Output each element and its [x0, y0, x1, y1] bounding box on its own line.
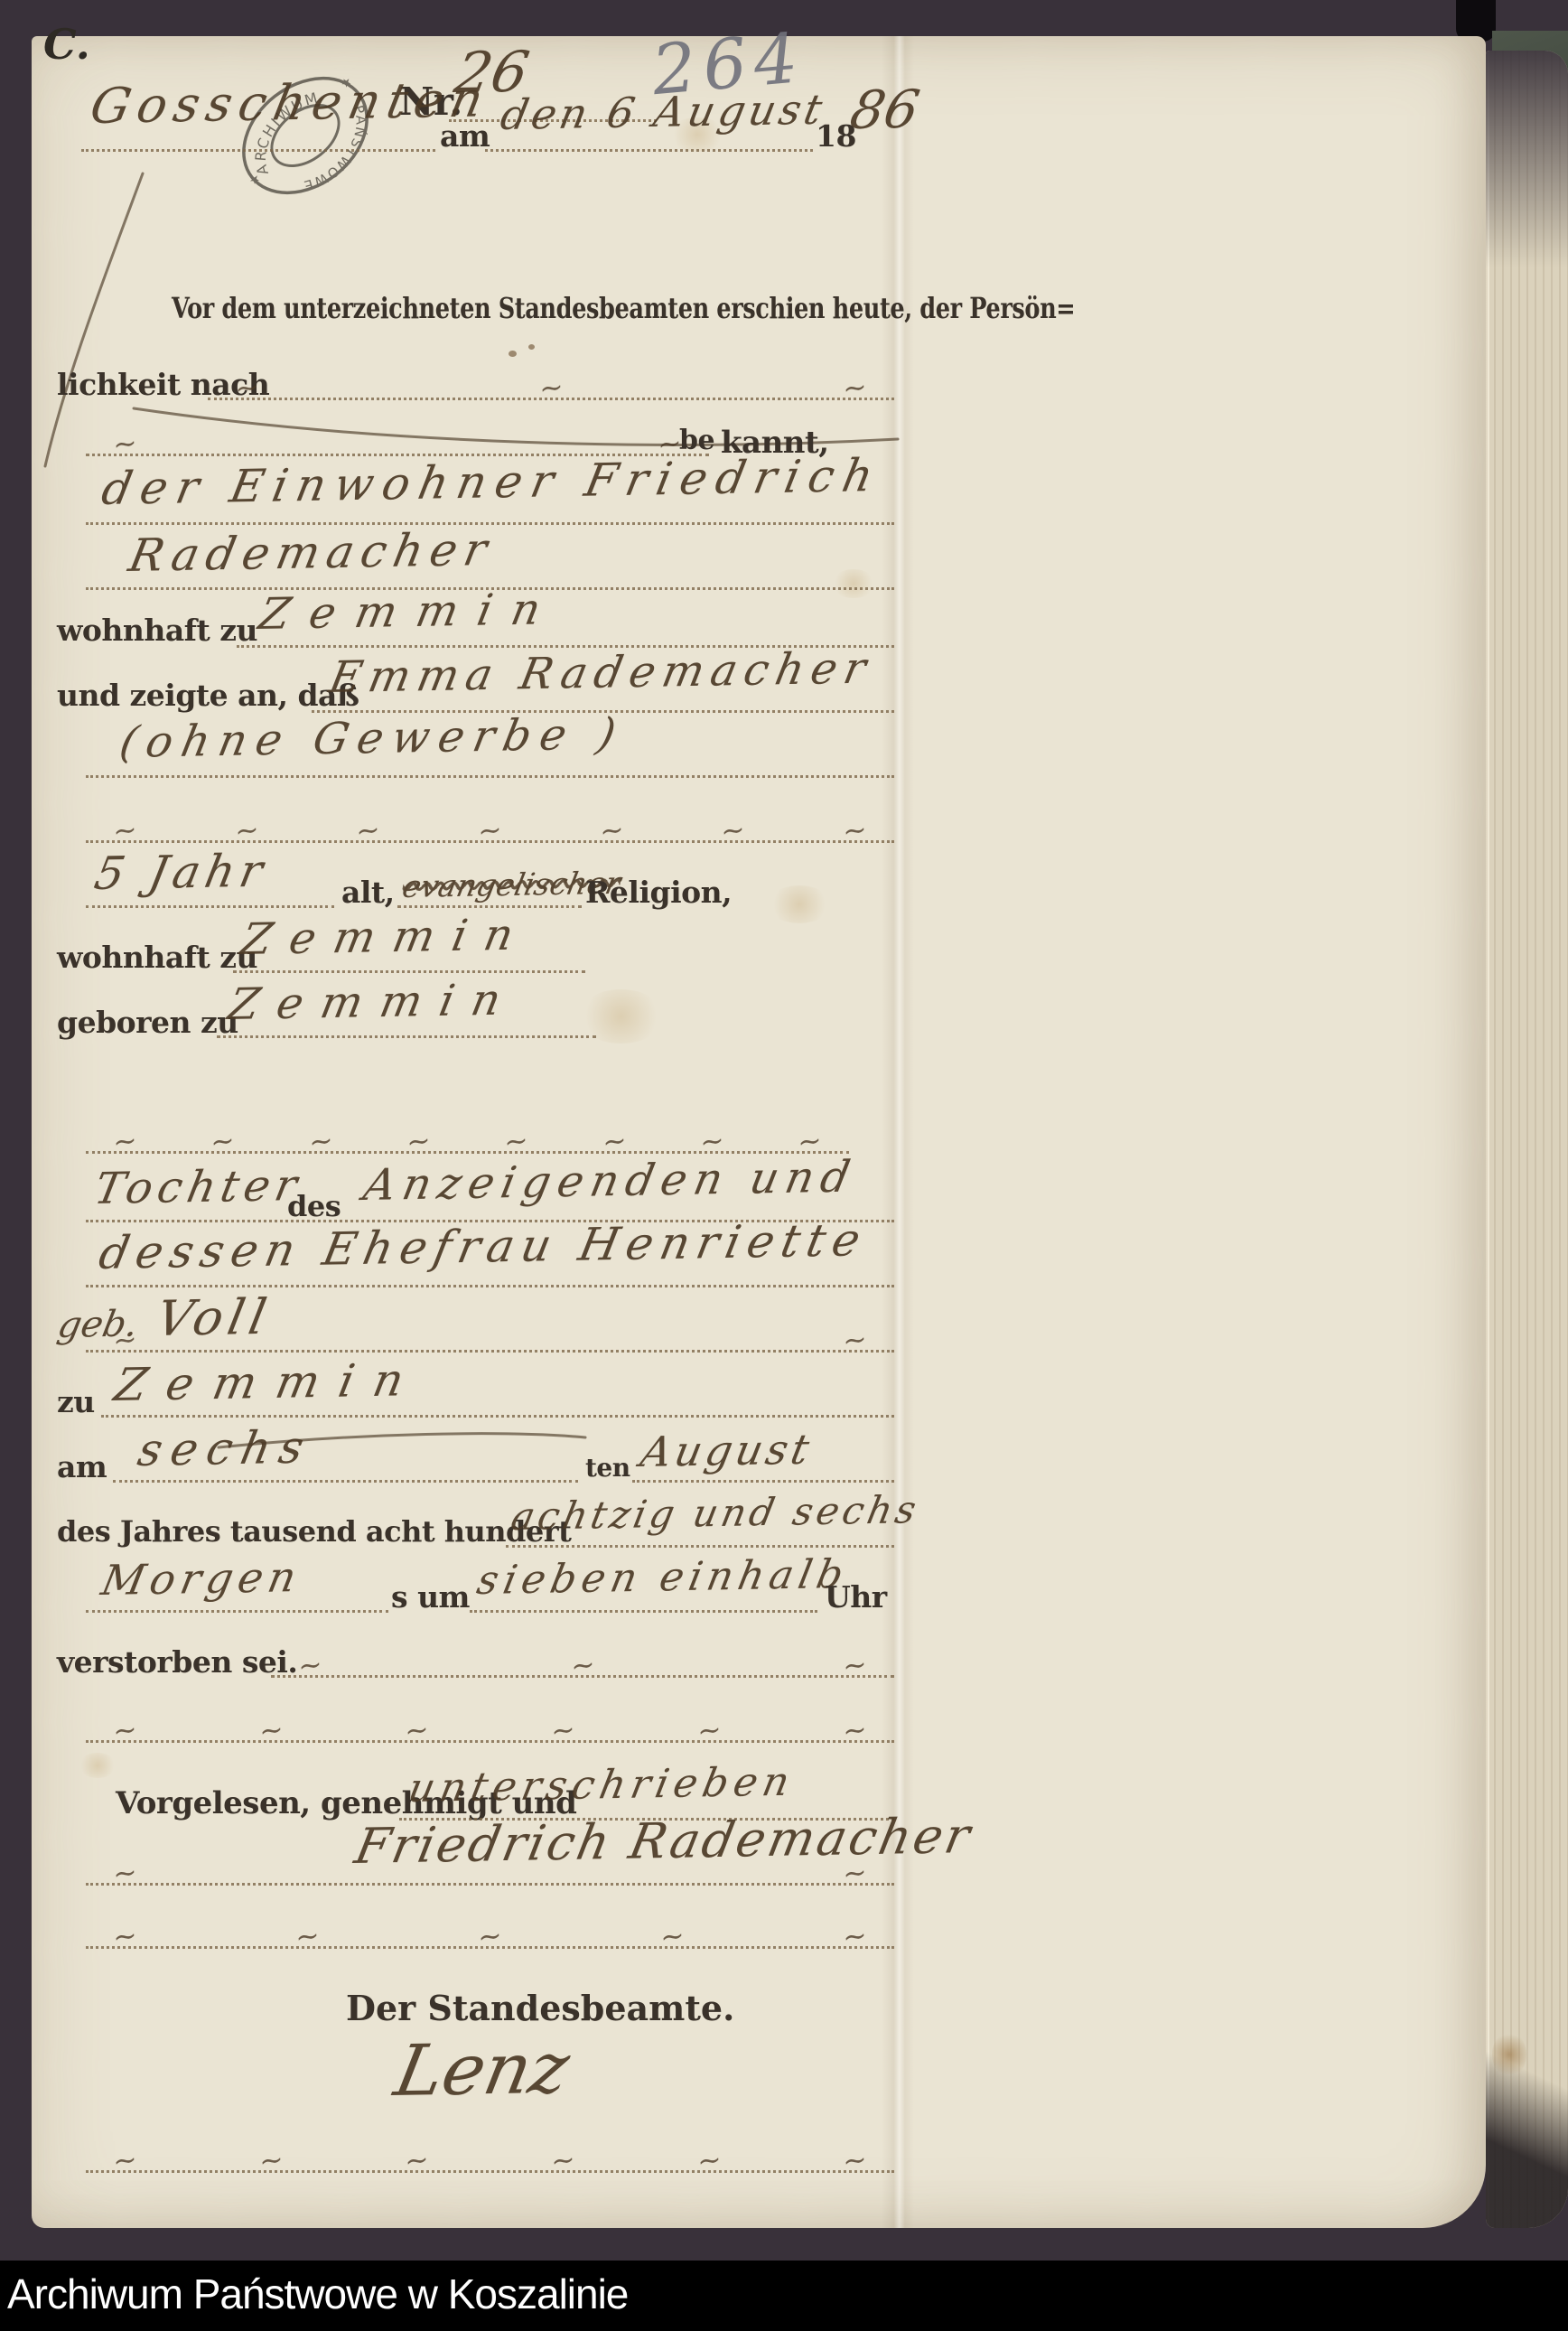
- paper-stain: [78, 1753, 117, 1778]
- rule: [86, 773, 894, 778]
- rule-blank: ~~~~~: [86, 1944, 894, 1949]
- rule-blank: ~~~~~~: [86, 2168, 894, 2173]
- ink-spot: [528, 344, 535, 350]
- rule: [86, 903, 334, 908]
- pen-tick-mark: ~: [571, 1663, 595, 1668]
- entry-residence1: Zemmin: [255, 584, 565, 640]
- death-place-label: zu: [57, 1384, 95, 1419]
- pen-tick-mark: ~: [798, 1139, 822, 1144]
- rule: [217, 1034, 596, 1038]
- rule-signature: ~~: [86, 1881, 894, 1886]
- pen-tick-mark: ~: [602, 1139, 627, 1144]
- archive-caption-bar: Archiwum Państwowe w Koszalinie: [0, 2261, 1568, 2331]
- pen-tick-mark: ~: [504, 1139, 528, 1144]
- religion-label: Religion,: [585, 875, 732, 910]
- ten-label: ten: [585, 1453, 630, 1483]
- entry-relation-pre: Tochter: [90, 1160, 306, 1214]
- rule: [81, 147, 435, 152]
- pen-tick-mark: ~: [259, 1728, 284, 1733]
- entry-relation-post: Anzeigenden und: [359, 1152, 861, 1211]
- alt-label: alt,: [341, 875, 395, 910]
- pen-tick-mark: ~: [298, 1663, 322, 1668]
- rule: [101, 1413, 894, 1418]
- pen-tick-mark: ~: [113, 828, 137, 833]
- edge-stain: [1492, 2031, 1526, 2078]
- pen-tick-mark: ~: [405, 2158, 429, 2163]
- entry-geb: geb.: [54, 1303, 142, 1346]
- paper-stain: [768, 885, 831, 923]
- pen-tick-mark: ~: [696, 2158, 721, 2163]
- pen-tick-mark: ~: [843, 1338, 867, 1343]
- register-page: [32, 36, 1486, 2228]
- registrar-label: Der Standesbeamte.: [346, 1988, 734, 2028]
- entry-closing: unterschrieben: [405, 1759, 798, 1811]
- pen-tick-mark: ~: [658, 442, 682, 446]
- rule: [506, 1543, 894, 1548]
- pen-tick-mark: ~: [113, 1871, 137, 1876]
- pen-tick-mark: ~: [356, 828, 380, 833]
- scanned-register-photo: ARCHIWUM PAŃSTWOWE ★ ★ C. 264 Nr. 26 Gos…: [0, 0, 1568, 2331]
- rule: ~~: [86, 1348, 894, 1353]
- entry-date: den 6 August: [497, 85, 830, 139]
- signature-registrar: Lenz: [388, 2028, 576, 2112]
- rule-identity: ~~~: [208, 396, 894, 400]
- pen-tick-mark: ~: [405, 1728, 429, 1733]
- pen-tick-mark: ~: [700, 1139, 724, 1144]
- rule-blank: ~~~~~~: [86, 1738, 894, 1743]
- intro-line1: Vor dem unterzeichneten Standesbeamten e…: [172, 291, 1075, 325]
- residence2-label: wohnhaft zu: [57, 940, 257, 975]
- entry-daytime: Morgen: [98, 1552, 305, 1605]
- entry-time: sieben einhalb: [473, 1551, 853, 1604]
- entry-age: 5 Jahr: [90, 845, 273, 900]
- pen-tick-mark: ~: [406, 1139, 431, 1144]
- s-um-label: s um: [391, 1579, 470, 1615]
- entry-deceased-name: Emma Rademacher: [325, 643, 877, 703]
- entry-place-issued: Gosschenten: [86, 70, 495, 135]
- entry-year: 86: [845, 79, 924, 141]
- pen-tick-mark: ~: [113, 1728, 137, 1733]
- am-label: am: [440, 118, 490, 154]
- pen-tick-mark: ~: [696, 1728, 721, 1733]
- rule: [113, 1478, 578, 1483]
- entry-death-month: August: [637, 1425, 817, 1476]
- pen-tick-mark: ~: [113, 442, 137, 446]
- rule: [470, 1608, 817, 1613]
- entry-death-day: sechs: [134, 1421, 317, 1476]
- pen-tick-mark: ~: [113, 2158, 137, 2163]
- rule: [86, 1283, 894, 1287]
- pen-tick-mark: ~: [843, 1663, 867, 1668]
- rule: [86, 1608, 388, 1613]
- paper-stain: [831, 569, 876, 598]
- page-fold-crease: [882, 36, 914, 2228]
- pen-tick-mark: ~: [551, 2158, 575, 2163]
- rule: [485, 147, 813, 152]
- residence1-label: wohnhaft zu: [57, 613, 257, 648]
- pen-tick-mark: ~: [113, 1934, 137, 1939]
- pen-tick-mark: ~: [721, 828, 745, 833]
- uhr-label: Uhr: [825, 1579, 887, 1615]
- form-letter: C.: [43, 20, 90, 69]
- pen-tick-mark: ~: [600, 828, 624, 833]
- pen-tick-mark: ~: [539, 386, 564, 390]
- entry-residence2: Zemmin: [237, 909, 536, 965]
- year-words-label: des Jahres tausend acht hundert: [57, 1514, 571, 1549]
- born-label: geboren zu: [57, 1005, 238, 1040]
- rule: [233, 969, 585, 973]
- pen-tick-mark: ~: [660, 1934, 685, 1939]
- entry-death-place: Zemmin: [110, 1353, 428, 1411]
- pen-tick-mark: ~: [551, 1728, 575, 1733]
- rule: ~~~: [271, 1673, 894, 1678]
- entry-birthplace: Zemmin: [224, 974, 523, 1030]
- pen-tick-mark: ~: [259, 2158, 284, 2163]
- entry-maiden-name: Voll: [152, 1288, 276, 1347]
- entry-deceased-note: (ohne Gewerbe ): [116, 708, 629, 768]
- died-label: verstorben sei.: [57, 1644, 297, 1680]
- rule: [632, 1478, 894, 1483]
- archive-caption-text: Archiwum Państwowe w Koszalinie: [7, 2270, 628, 2318]
- pen-tick-mark: ~: [843, 386, 867, 390]
- ink-spot: [509, 351, 517, 357]
- pen-tick-mark: ~: [843, 2158, 867, 2163]
- pen-tick-mark: ~: [478, 1934, 502, 1939]
- death-day-label: am: [57, 1449, 107, 1484]
- pen-tick-mark: ~: [235, 828, 259, 833]
- pen-tick-mark: ~: [210, 1139, 235, 1144]
- pen-tick-mark: ~: [478, 828, 502, 833]
- page-edges-shadow-top: [1486, 51, 1568, 267]
- des-label: des: [287, 1189, 341, 1223]
- pen-tick-mark: ~: [843, 1728, 867, 1733]
- pen-tick-mark: ~: [843, 828, 867, 833]
- pen-tick-mark: ~: [113, 1139, 137, 1144]
- pen-tick-mark: ~: [235, 386, 259, 390]
- pen-tick-mark: ~: [309, 1139, 333, 1144]
- entry-year-words: achtzig und sechs: [508, 1487, 923, 1539]
- pen-tick-mark: ~: [843, 1871, 867, 1876]
- entry-informant-surname: Rademacher: [125, 523, 499, 582]
- pen-tick-mark: ~: [295, 1934, 320, 1939]
- pen-tick-mark: ~: [843, 1934, 867, 1939]
- signature-informant: Friedrich Rademacher: [350, 1807, 977, 1875]
- rule-blank: ~~~~~~~: [86, 838, 894, 843]
